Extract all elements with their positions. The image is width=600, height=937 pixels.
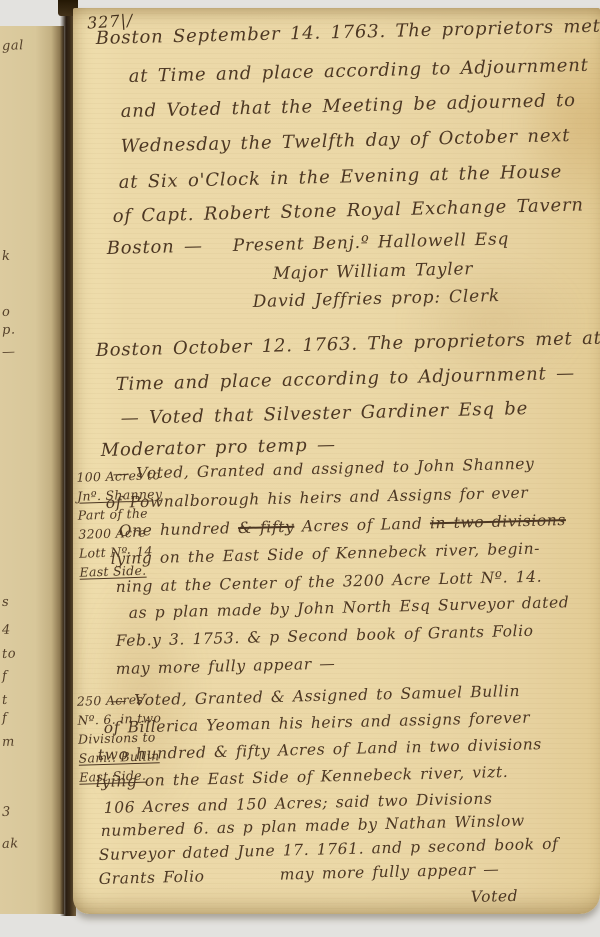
facing-page-edge: gal o p. k — s 4 to f t f m 3 ak — [0, 26, 64, 914]
struck-text: in two divisions — [430, 511, 566, 532]
manuscript-line: as p plan made by John North Esq Surveyo… — [129, 593, 570, 622]
manuscript-line: — Voted, Granted & Assigned to Samuel Bu… — [111, 682, 521, 710]
facing-page-text-fragment: 4 — [2, 621, 58, 638]
catchword: Voted — [471, 887, 519, 906]
facing-page-text-fragment: f — [2, 709, 58, 726]
facing-page-text-fragment: to — [2, 645, 58, 662]
facing-page-text-fragment: o — [2, 303, 58, 320]
facing-page-text-fragment: f — [2, 667, 58, 684]
manuscript-line: Wednesday the Twelfth day of October nex… — [120, 125, 570, 157]
manuscript-line: Boston — — [106, 236, 203, 259]
manuscript-line: at Six o'Clock in the Evening at the Hou… — [118, 161, 562, 193]
facing-page-text-fragment: s — [2, 593, 58, 610]
manuscript-line: at Time and place according to Adjournme… — [128, 55, 588, 87]
manuscript-page: 327|/ Boston September 14. 1763. The pro… — [73, 8, 600, 914]
facing-page-text-fragment: 3 — [2, 803, 58, 820]
manuscript-line: — Voted that Silvester Gardiner Esq be — [120, 398, 528, 429]
manuscript-line: Boston September 14. 1763. The proprieto… — [95, 16, 600, 49]
facing-page-text-fragment: k — [2, 247, 58, 264]
manuscript-line: Moderator pro temp — — [100, 434, 336, 461]
struck-text: & fifty — [238, 518, 295, 537]
manuscript-line: Boston October 12. 1763. The proprietors… — [95, 328, 600, 361]
manuscript-line: numbered 6. as p plan made by Nathan Win… — [101, 812, 525, 840]
text-segment: Acres of Land — [294, 514, 430, 535]
manuscript-line: of Capt. Robert Stone Royal Exchange Tav… — [112, 194, 584, 227]
facing-page-text-fragment: — — [2, 343, 58, 360]
text-segment: One hundred — [119, 519, 239, 540]
attendee-line: Major William Tayler — [273, 259, 474, 284]
manuscript-line: Time and place according to Adjournment … — [115, 363, 575, 395]
scanned-book-spread: gal o p. k — s 4 to f t f m 3 ak 327|/ B… — [0, 0, 600, 937]
facing-page-text-fragment: p. — [2, 321, 58, 338]
manuscript-line: Grants Folio may more fully appear — — [99, 860, 500, 888]
facing-page-text-fragment: t — [2, 691, 58, 708]
manuscript-line: may more fully appear — — [116, 655, 336, 678]
manuscript-line: Feb.y 3. 1753. & p Second book of Grants… — [116, 622, 534, 650]
manuscript-line: and Voted that the Meeting be adjourned … — [120, 90, 575, 122]
facing-page-text-fragment: m — [2, 733, 58, 750]
facing-page-text-fragment: ak — [2, 835, 58, 852]
attendee-line: David Jeffries prop: Clerk — [253, 286, 501, 312]
facing-page-text-fragment: gal — [2, 37, 58, 54]
attendee-line: Present Benj.º Hallowell Esq — [233, 229, 510, 256]
